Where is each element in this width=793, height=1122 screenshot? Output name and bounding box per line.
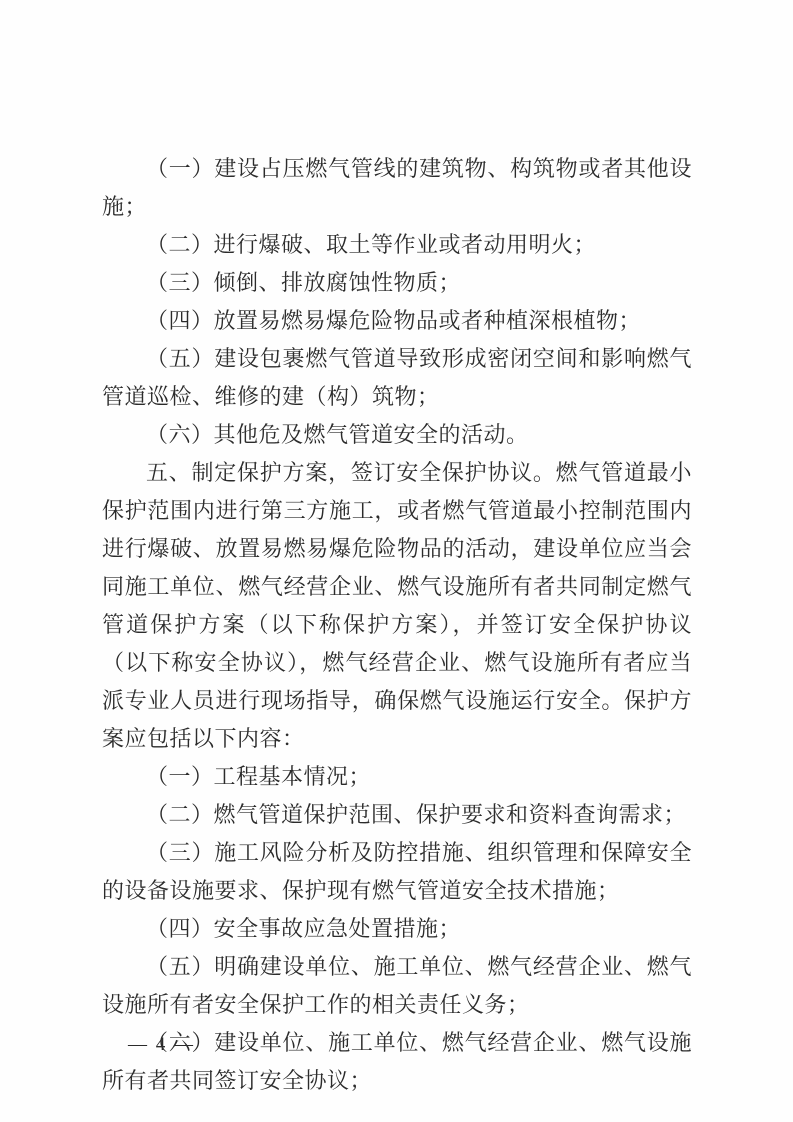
plan-item-1: （一）工程基本情况； <box>102 758 692 796</box>
clause-item-1: （一）建设占压燃气管线的建筑物、构筑物或者其他设施； <box>102 150 692 226</box>
clause-item-2: （二）进行爆破、取土等作业或者动用明火； <box>102 226 692 264</box>
clause-item-3: （三）倾倒、排放腐蚀性物质； <box>102 264 692 302</box>
clause-item-5: （五）建设包裹燃气管道导致形成密闭空间和影响燃气管道巡检、维修的建（构）筑物； <box>102 340 692 416</box>
clause-item-4: （四）放置易燃易爆危险物品或者种植深根植物； <box>102 302 692 340</box>
document-page: （一）建设占压燃气管线的建筑物、构筑物或者其他设施； （二）进行爆破、取土等作业… <box>0 0 793 1122</box>
plan-item-5: （五）明确建设单位、施工单位、燃气经营企业、燃气设施所有者安全保护工作的相关责任… <box>102 948 692 1024</box>
clause-item-6: （六）其他危及燃气管道安全的活动。 <box>102 416 692 454</box>
page-number: — 4 — <box>128 1034 195 1056</box>
document-body: （一）建设占压燃气管线的建筑物、构筑物或者其他设施； （二）进行爆破、取土等作业… <box>102 150 692 1100</box>
plan-item-2: （二）燃气管道保护范围、保护要求和资料查询需求； <box>102 796 692 834</box>
plan-item-3: （三）施工风险分析及防控措施、组织管理和保障安全的设备设施要求、保护现有燃气管道… <box>102 834 692 910</box>
plan-item-4: （四）安全事故应急处置措施； <box>102 910 692 948</box>
section-5-paragraph: 五、制定保护方案，签订安全保护协议。燃气管道最小保护范围内进行第三方施工，或者燃… <box>102 454 692 758</box>
